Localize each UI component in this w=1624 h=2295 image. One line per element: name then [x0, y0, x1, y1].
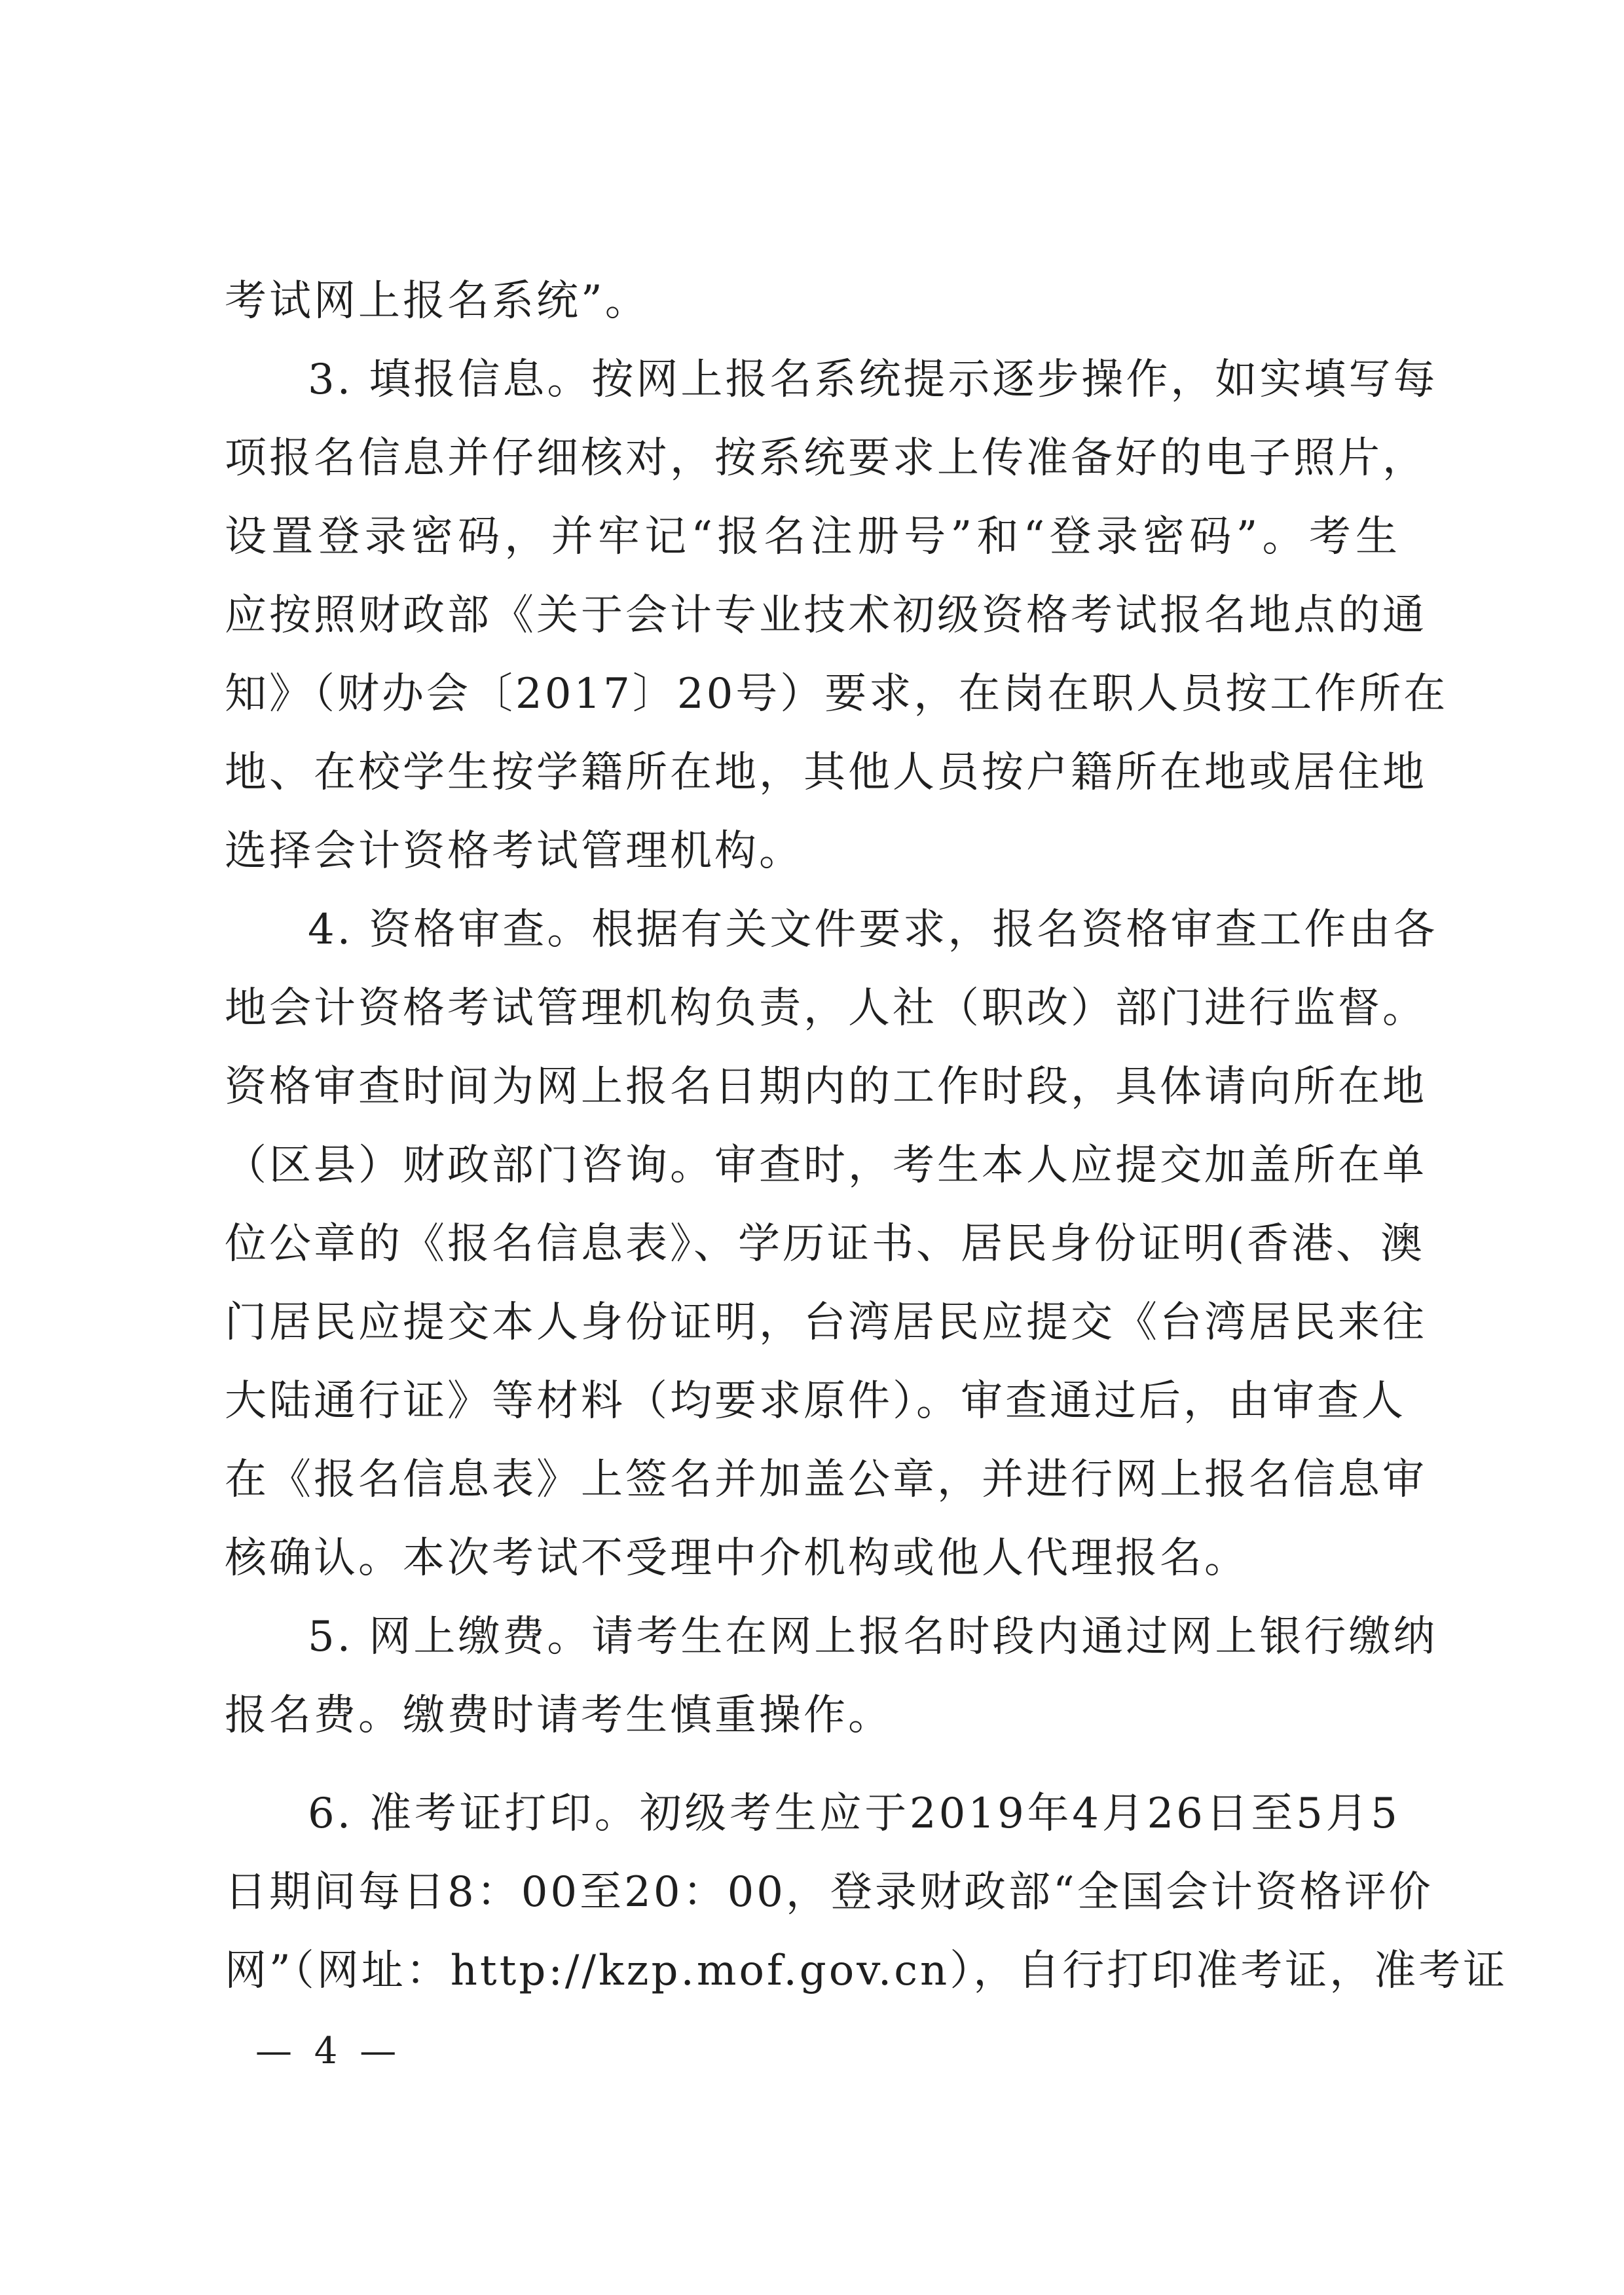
text-line: 地、在校学生按学籍所在地，其他人员按户籍所在地或居住地 — [225, 746, 1400, 799]
text-line: 大陆通行证》等材料（均要求原件）。审查通过后，由审查人 — [225, 1375, 1400, 1427]
text-line: 网”（网址：http://kzp.mof.gov.cn），自行打印准考证，准考证 — [225, 1945, 1400, 1997]
text-line: 地会计资格考试管理机构负责，人社（职改）部门进行监督。 — [225, 982, 1400, 1035]
text-line: 4. 资格审查。根据有关文件要求，报名资格审查工作由各 — [308, 904, 1400, 956]
text-line: 6. 准考证打印。初级考生应于2019年4月26日至5月5 — [308, 1788, 1400, 1840]
text-line: 应按照财政部《关于会计专业技术初级资格考试报名地点的通 — [225, 589, 1400, 642]
text-line: 知》（财办会〔2017〕20号）要求，在岗在职人员按工作所在 — [225, 668, 1400, 720]
text-line: 选择会计资格考试管理机构。 — [225, 825, 1400, 877]
document-page: 考试网上报名系统”。 3. 填报信息。按网上报名系统提示逐步操作，如实填写每 项… — [0, 0, 1624, 2295]
text-line: 设置登录密码，并牢记“报名注册号”和“登录密码”。考生 — [225, 511, 1400, 563]
text-line: 门居民应提交本人身份证明，台湾居民应提交《台湾居民来往 — [225, 1296, 1400, 1349]
text-line: 报名费。缴费时请考生慎重操作。 — [225, 1689, 1400, 1742]
text-line: 核确认。本次考试不受理中介机构或他人代理报名。 — [225, 1532, 1400, 1585]
text-line: 项报名信息并仔细核对，按系统要求上传准备好的电子照片， — [225, 432, 1400, 485]
text-line: 在《报名信息表》上签名并加盖公章，并进行网上报名信息审 — [225, 1454, 1400, 1506]
text-line: 5. 网上缴费。请考生在网上报名时段内通过网上银行缴纳 — [308, 1611, 1400, 1663]
page-number: — 4 — — [255, 2030, 401, 2072]
text-line: 3. 填报信息。按网上报名系统提示逐步操作，如实填写每 — [308, 354, 1400, 406]
text-line: 日期间每日8：00至20：00，登录财政部“全国会计资格评价 — [225, 1866, 1400, 1919]
text-line: 考试网上报名系统”。 — [225, 275, 1400, 327]
text-line: （区县）财政部门咨询。审查时，考生本人应提交加盖所在单 — [225, 1139, 1400, 1192]
text-line: 位公章的《报名信息表》、学历证书、居民身份证明(香港、澳 — [225, 1218, 1400, 1270]
text-line: 资格审查时间为网上报名日期内的工作时段，具体请向所在地 — [225, 1061, 1400, 1113]
